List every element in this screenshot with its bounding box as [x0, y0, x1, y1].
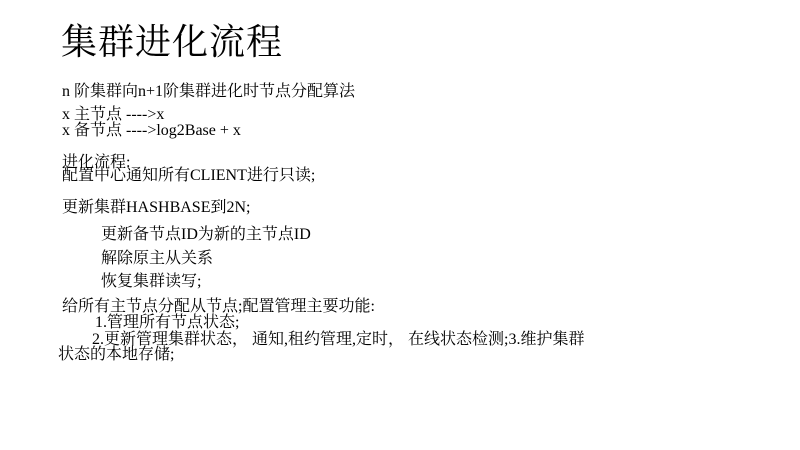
text-line-assign-slaves-functions: 给所有主节点分配从节点;配置管理主要功能:: [62, 299, 375, 315]
text-line-remove-master-slave: 解除原主从关系: [101, 251, 213, 267]
slide-canvas: 集群进化流程 n 阶集群向n+1阶集群进化时节点分配算法 x 主节点 ---->…: [0, 0, 800, 450]
text-line-update-hashbase: 更新集群HASHBASE到2N;: [62, 200, 250, 216]
text-line-function-1: 1.管理所有节点状态;: [95, 315, 239, 331]
slide-title: 集群进化流程: [61, 24, 283, 62]
text-line-restore-readwrite: 恢复集群读写;: [101, 274, 201, 290]
text-line-algorithm-heading: n 阶集群向n+1阶集群进化时节点分配算法: [62, 84, 355, 100]
text-line-backup-node-mapping: x 备节点 ---->log2Base + x: [62, 123, 241, 139]
text-line-config-center-readonly: 配置中心通知所有CLIENT进行只读;: [62, 168, 315, 184]
text-line-local-storage-wrap: 状态的本地存储;: [58, 347, 174, 363]
text-line-master-node-mapping: x 主节点 ---->x: [62, 107, 164, 123]
text-line-update-backup-id: 更新备节点ID为新的主节点ID: [101, 227, 311, 243]
